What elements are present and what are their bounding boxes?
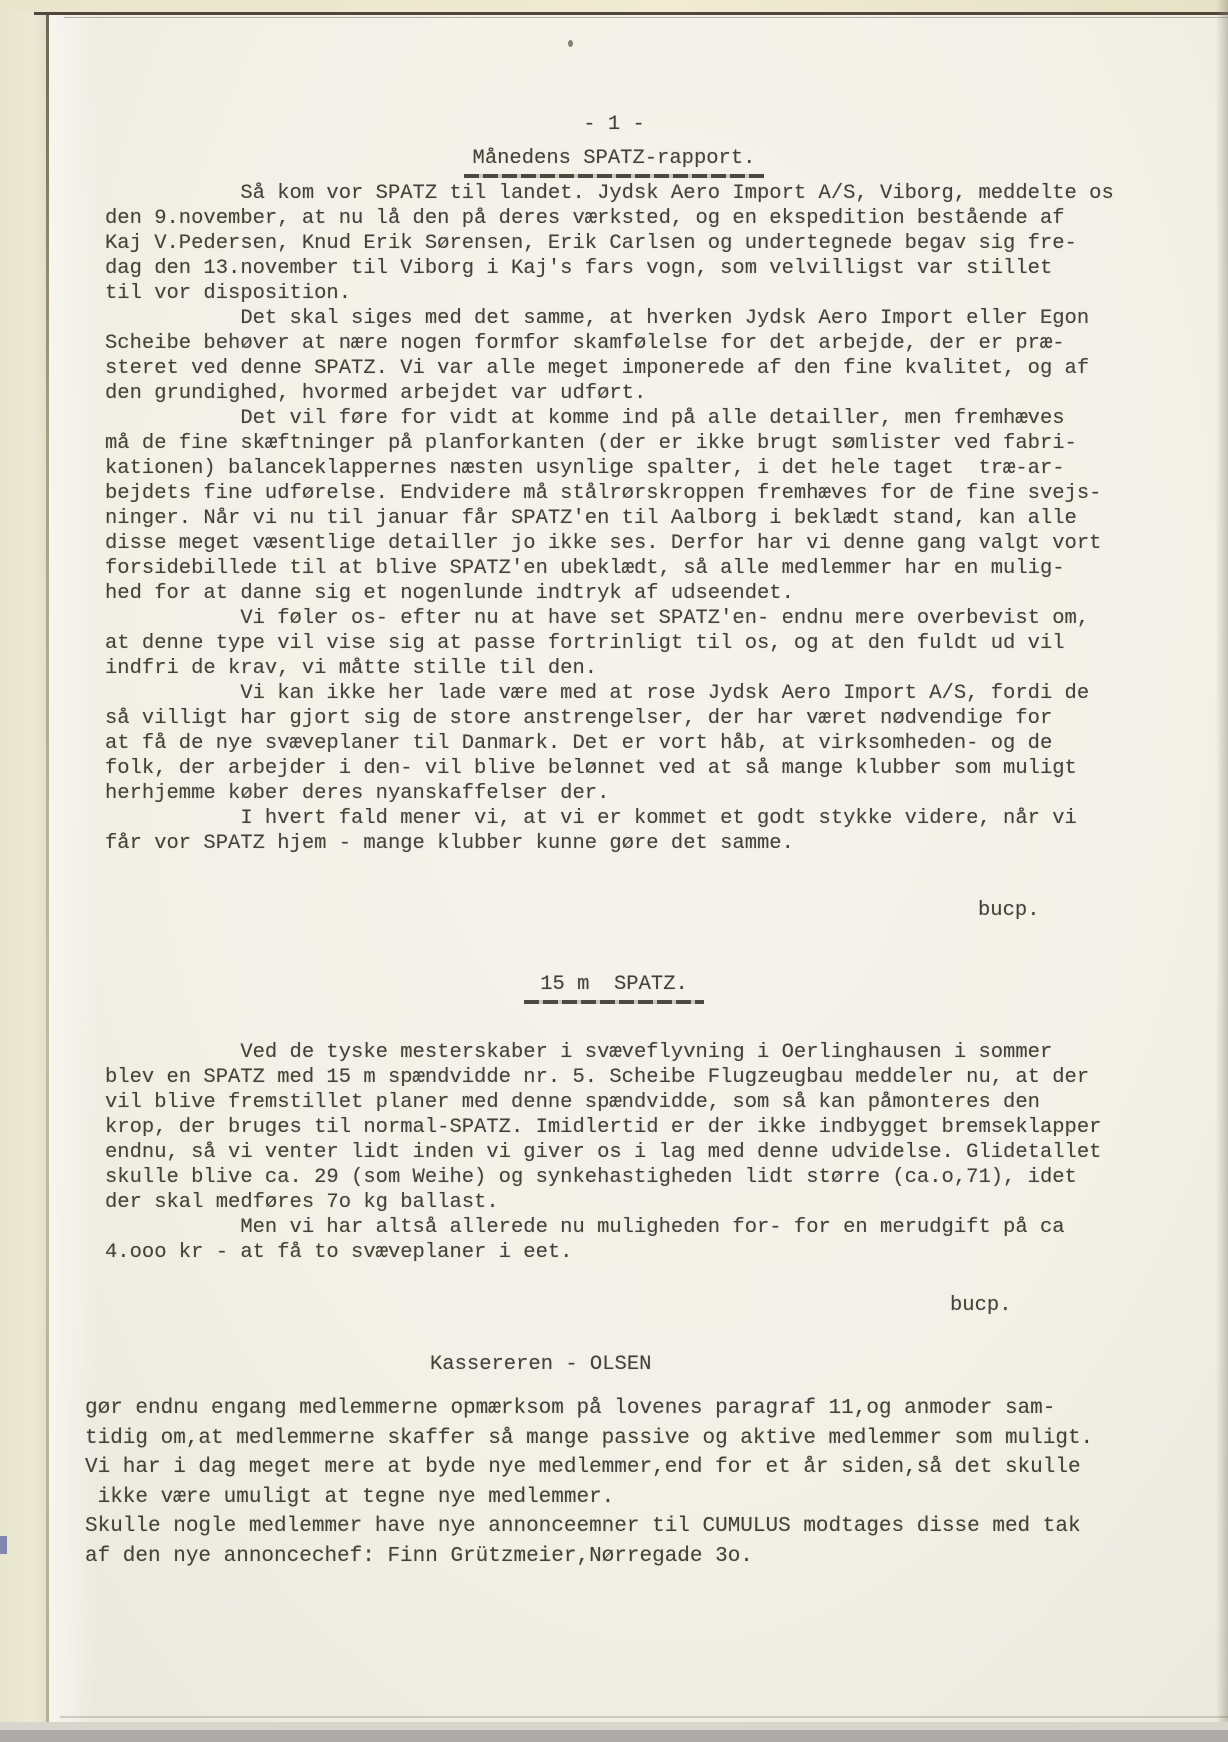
section-2-body: Ved de tyske mesterskaber i svæveflyvnin… [105,1040,1180,1265]
section-1-title-underline [464,174,764,178]
ink-speck [568,40,573,47]
section-2-title: 15 m SPATZ. [540,972,688,997]
page-top-rule-secondary [64,17,1228,18]
paragraph: Så kom vor SPATZ til landet. Jydsk Aero … [105,181,1180,306]
page-bottom-strip [0,1730,1228,1742]
signature: bucp. [978,898,1040,923]
paragraph: Vi kan ikke her lade være med at rose Jy… [105,681,1180,806]
paragraph: Det vil føre for vidt at komme ind på al… [105,406,1180,606]
scan-speck [0,1536,7,1554]
page-top-rule [34,12,1228,15]
section-3-body: gør endnu engang medlemmerne opmærksom p… [85,1394,1180,1571]
page-number: - 1 - [0,112,1228,137]
signature: bucp. [950,1293,1012,1318]
section-1-title: Månedens SPATZ-rapport. [473,146,756,171]
page-left-edge [0,0,46,1742]
paragraph: Vi føler os- efter nu at have set SPATZ'… [105,606,1180,681]
scanned-page: - 1 - Månedens SPATZ-rapport. Så kom vor… [0,0,1228,1742]
section-2-title-underline [524,1000,704,1004]
page-bottom-crease [60,1716,1228,1718]
paragraph: Det skal siges med det samme, at hverken… [105,306,1180,406]
section-3-title: Kassereren - OLSEN [430,1352,651,1377]
page-right-shadow [1216,0,1228,1742]
page-bottom-band [0,1722,1228,1730]
section-2-title-wrap: 15 m SPATZ. [0,972,1228,1004]
section-1-body: Så kom vor SPATZ til landet. Jydsk Aero … [105,181,1180,856]
paragraph: Men vi har altså allerede nu muligheden … [105,1215,1180,1265]
section-1-title-wrap: Månedens SPATZ-rapport. [0,146,1228,178]
page-top-edge [0,0,1228,12]
paragraph: I hvert fald mener vi, at vi er kommet e… [105,806,1180,856]
paragraph: Ved de tyske mesterskaber i svæveflyvnin… [105,1040,1180,1215]
